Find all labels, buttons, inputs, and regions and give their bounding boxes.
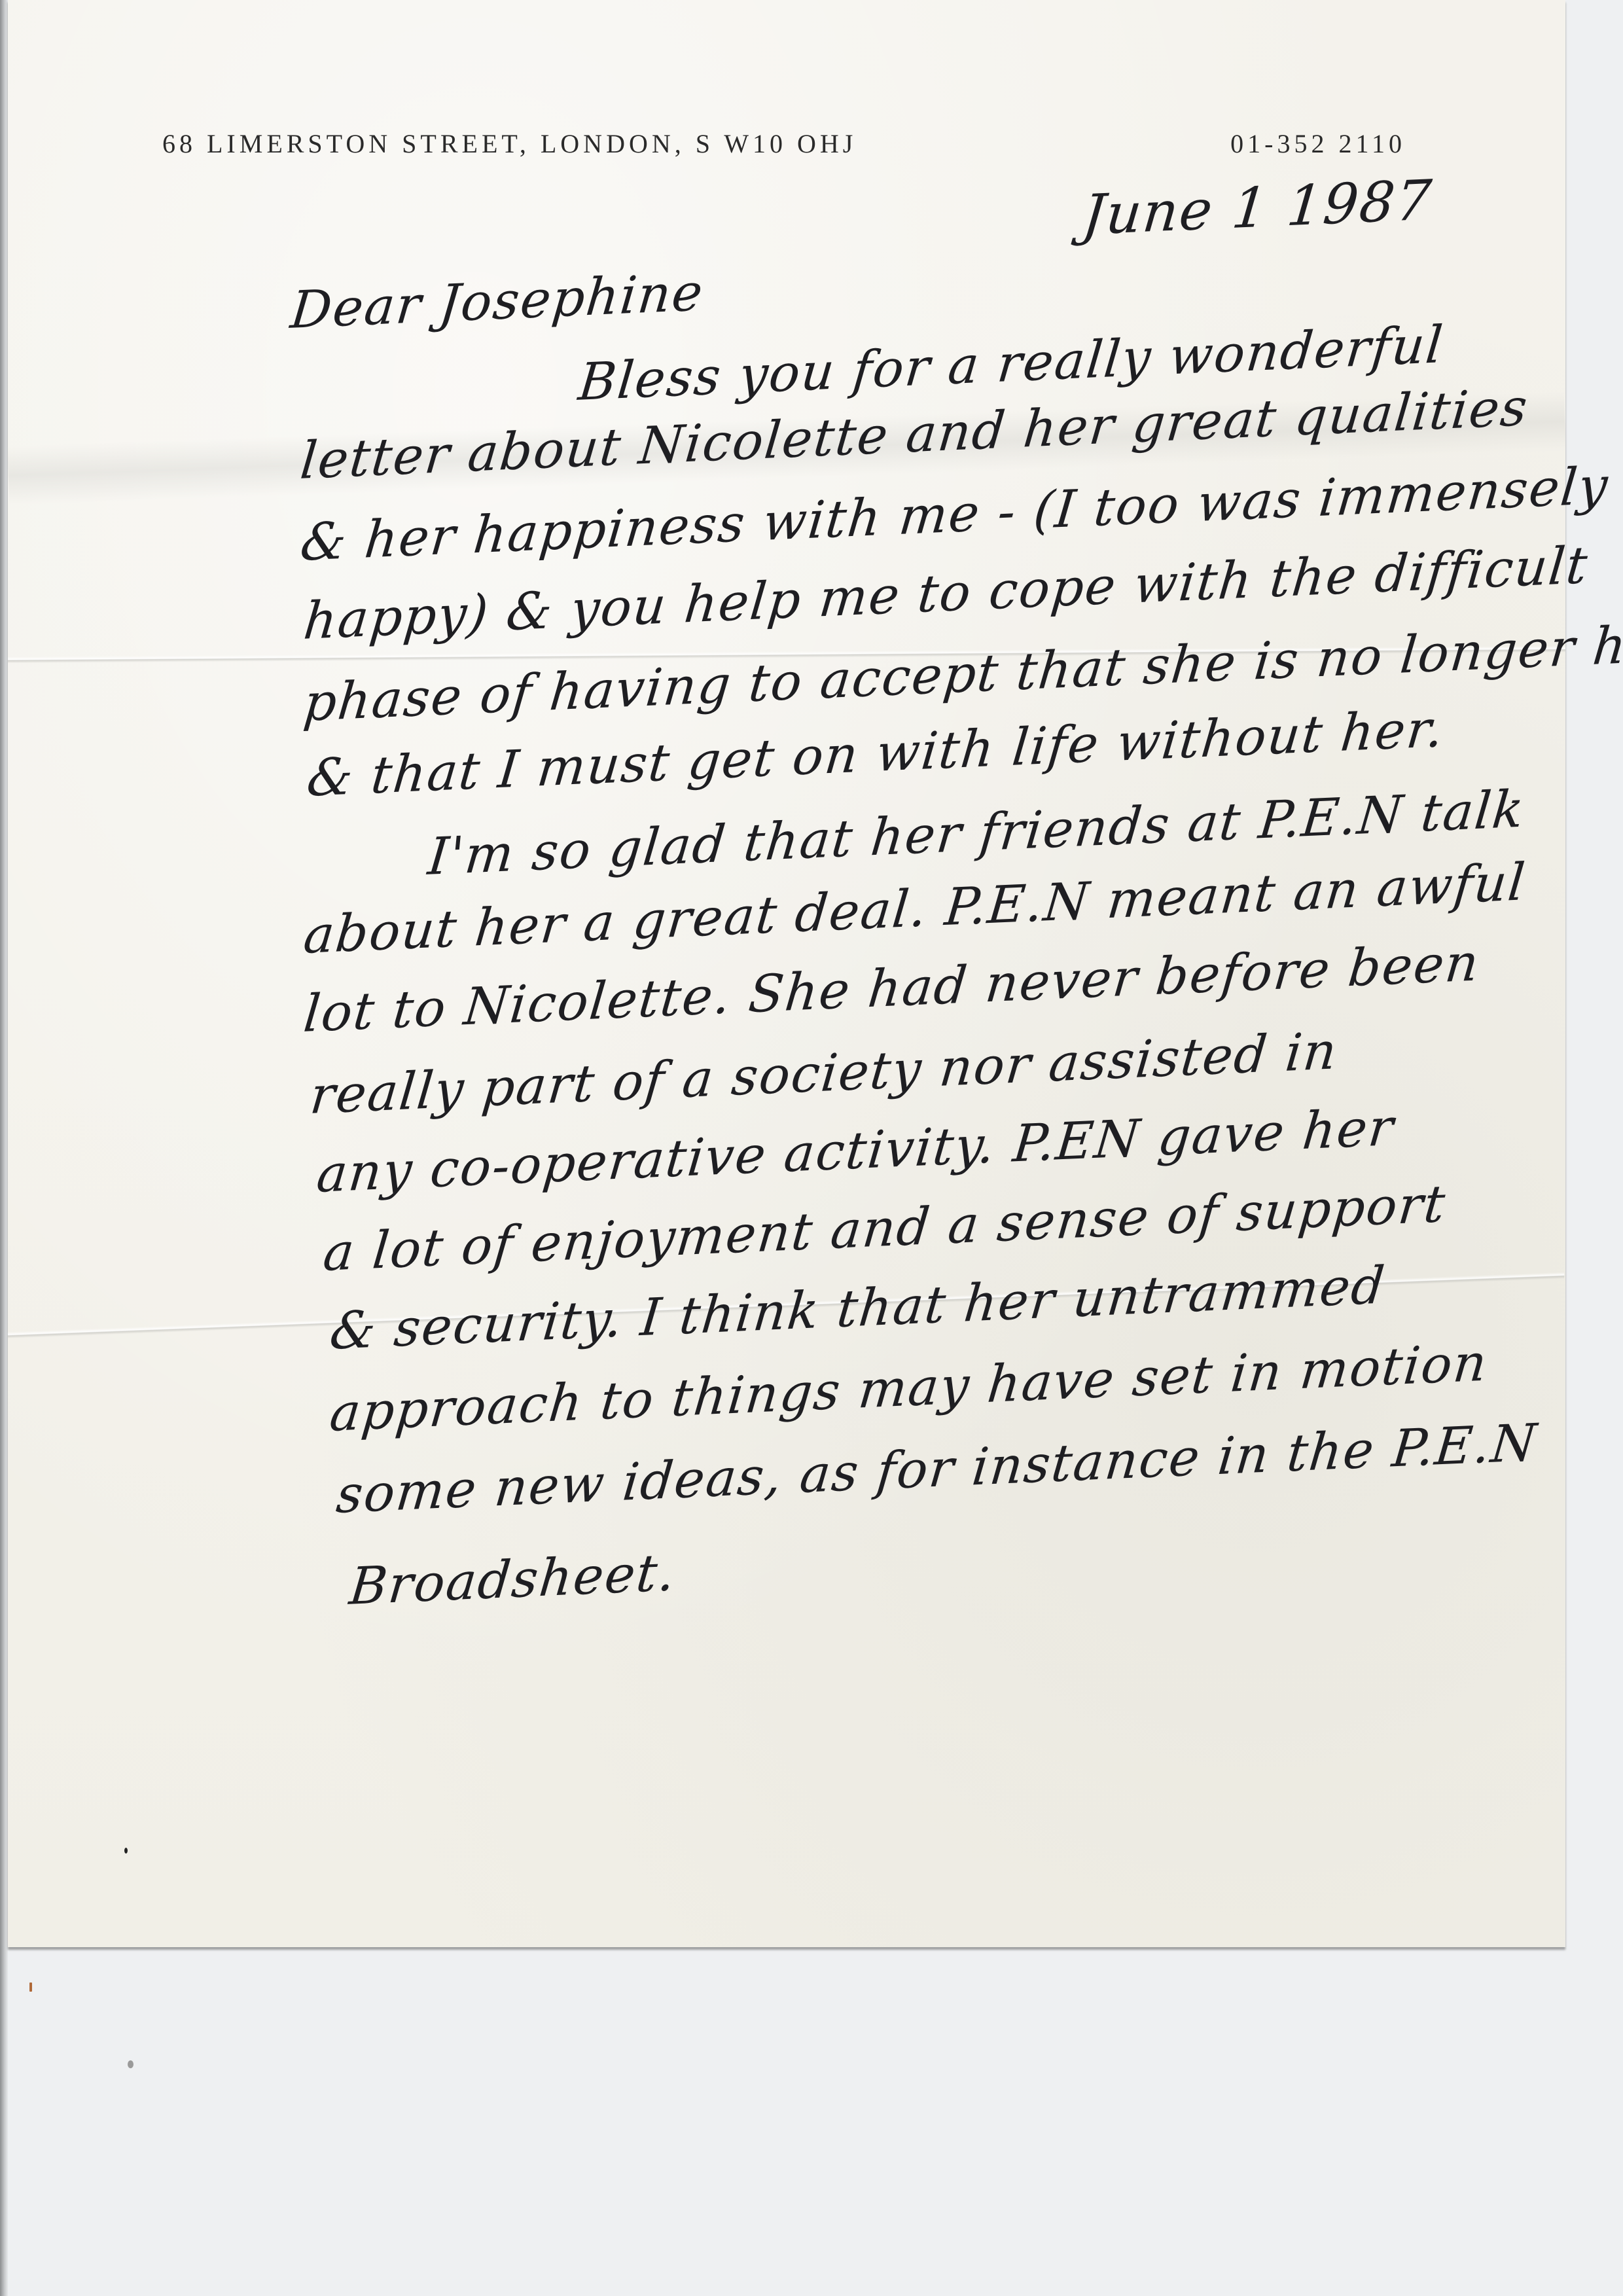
- scan-artifact: [128, 2060, 134, 2068]
- letterhead-phone: 01-352 2110: [1230, 128, 1406, 159]
- letterhead-address: 68 LIMERSTON STREET, LONDON, S W10 OHJ: [162, 128, 857, 159]
- scan-artifact: [29, 1982, 32, 1992]
- letterhead: 68 LIMERSTON STREET, LONDON, S W10 OHJ 0…: [162, 128, 1406, 159]
- ink-speck: [124, 1848, 128, 1854]
- scanner-edge: [0, 0, 8, 2296]
